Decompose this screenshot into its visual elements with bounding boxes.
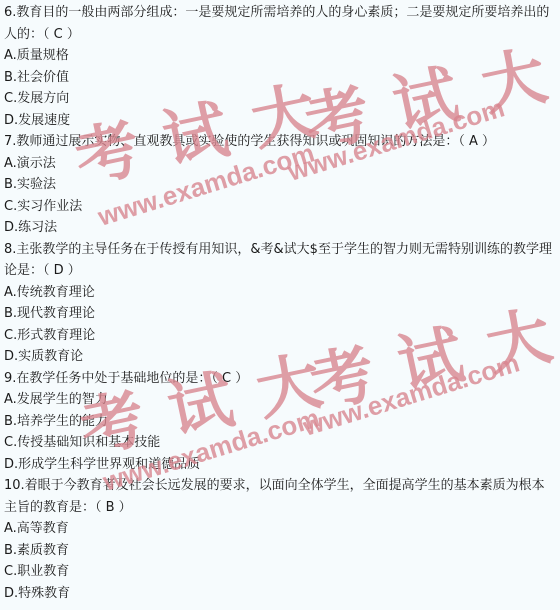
question-stem: 主旨的教育是：（ B ） [4,497,560,519]
question-9: 9.在教学任务中处于基础地位的是：（ C ） A.发展学生的智力 B.培养学生的… [4,368,560,476]
option-a: A.高等教育 [4,518,560,540]
question-10: 10.着眼于今教育者及社会长远发展的要求，以面向全体学生，全面提高学生的基本素质… [4,475,560,604]
question-7: 7.教师通过展示实物、直观教具或实验使的学生获得知识或巩固知识的方法是：（ A … [4,131,560,239]
option-a: A.传统教育理论 [4,282,560,304]
option-c: C.实习作业法 [4,196,560,218]
option-b: B.实验法 [4,174,560,196]
option-a: A.发展学生的智力 [4,389,560,411]
question-stem: 9.在教学任务中处于基础地位的是：（ C ） [4,368,560,390]
option-b: B.现代教育理论 [4,303,560,325]
option-d: D.实质教育论 [4,346,560,368]
question-stem: 人的：（ C ） [4,24,560,46]
option-a: A.演示法 [4,153,560,175]
option-d: D.练习法 [4,217,560,239]
option-b: B.素质教育 [4,540,560,562]
option-c: C.职业教育 [4,561,560,583]
question-document: 6.教育目的一般由两部分组成：一是要规定所需培养的人的身心素质；二是要规定所要培… [4,2,560,604]
option-b: B.培养学生的能力 [4,411,560,433]
question-stem: 7.教师通过展示实物、直观教具或实验使的学生获得知识或巩固知识的方法是：（ A … [4,131,560,153]
option-b: B.社会价值 [4,67,560,89]
question-6: 6.教育目的一般由两部分组成：一是要规定所需培养的人的身心素质；二是要规定所要培… [4,2,560,131]
option-c: C.传授基础知识和基本技能 [4,432,560,454]
option-c: C.发展方向 [4,88,560,110]
question-stem: 8.主张教学的主导任务在于传授有用知识，&考&试大$至于学生的智力则无需特别训练… [4,239,560,261]
option-a: A.质量规格 [4,45,560,67]
option-c: C.形式教育理论 [4,325,560,347]
option-d: D.发展速度 [4,110,560,132]
question-stem: 10.着眼于今教育者及社会长远发展的要求，以面向全体学生，全面提高学生的基本素质… [4,475,560,497]
question-stem: 论是：（ D ） [4,260,560,282]
question-stem: 6.教育目的一般由两部分组成：一是要规定所需培养的人的身心素质；二是要规定所要培… [4,2,560,24]
option-d: D.特殊教育 [4,583,560,605]
option-d: D.形成学生科学世界观和道德品质 [4,454,560,476]
question-8: 8.主张教学的主导任务在于传授有用知识，&考&试大$至于学生的智力则无需特别训练… [4,239,560,368]
